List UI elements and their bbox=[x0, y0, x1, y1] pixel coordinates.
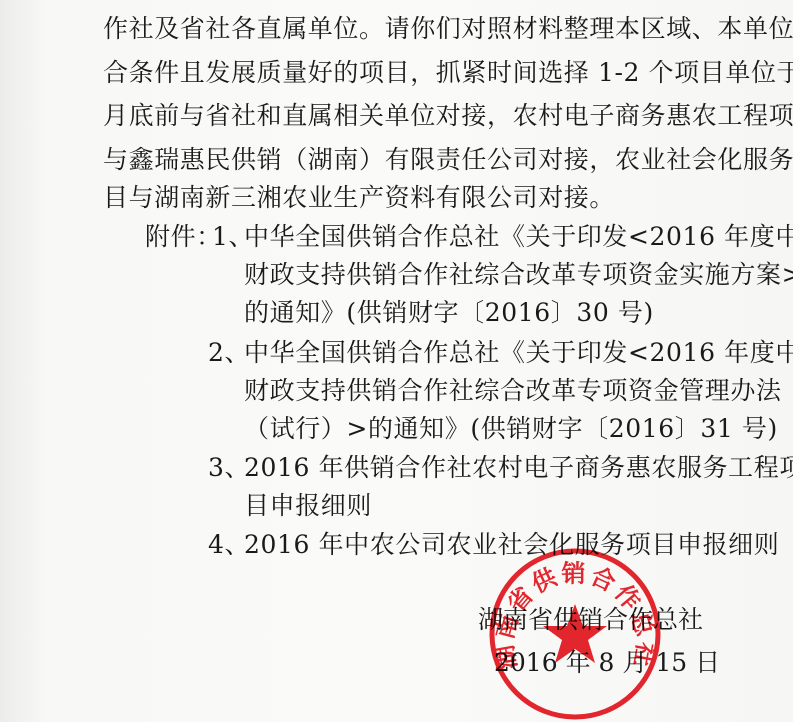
attachment-2-line-3: （试行）>的通知》(供销财字〔2016〕31 号) bbox=[244, 414, 778, 444]
attachment-1-line-1: 中华全国供销合作总社《关于印发<2016 年度中央 bbox=[244, 222, 793, 252]
body-line-4: 与鑫瑞惠民供销（湖南）有限责任公司对接，农业社会化服务项 bbox=[103, 145, 793, 175]
document-page: 作社及省社各直属单位。请你们对照材料整理本区域、本单位符 合条件且发展质量好的项… bbox=[0, 0, 793, 722]
official-seal: 湖南省供销合作总社 bbox=[487, 546, 663, 722]
body-line-5: 目与湖南新三湘农业生产资料有限公司对接。 bbox=[103, 183, 615, 213]
attachment-3-line-1: 2016 年供销合作社农村电子商务惠农服务工程项 bbox=[244, 453, 793, 483]
star-icon bbox=[543, 604, 607, 663]
body-line-2: 合条件且发展质量好的项目，抓紧时间选择 1-2 个项目单位于本 bbox=[103, 58, 793, 88]
attachment-2-line-1: 中华全国供销合作总社《关于印发<2016 年度中央 bbox=[244, 338, 793, 368]
attachment-2-line-2: 财政支持供销合作社综合改革专项资金管理办法 bbox=[244, 376, 782, 406]
attachments-label: 附件： bbox=[145, 222, 222, 252]
body-line-1: 作社及省社各直属单位。请你们对照材料整理本区域、本单位符 bbox=[103, 14, 793, 44]
attachment-1-line-2: 财政支持供销合作社综合改革专项资金实施方案> bbox=[244, 260, 793, 290]
attachment-3-line-2: 目申报细则 bbox=[244, 491, 372, 521]
body-line-3: 月底前与省社和直属相关单位对接，农村电子商务惠农工程项目 bbox=[103, 101, 793, 131]
attachment-1-line-3: 的通知》(供销财字〔2016〕30 号) bbox=[244, 298, 654, 328]
